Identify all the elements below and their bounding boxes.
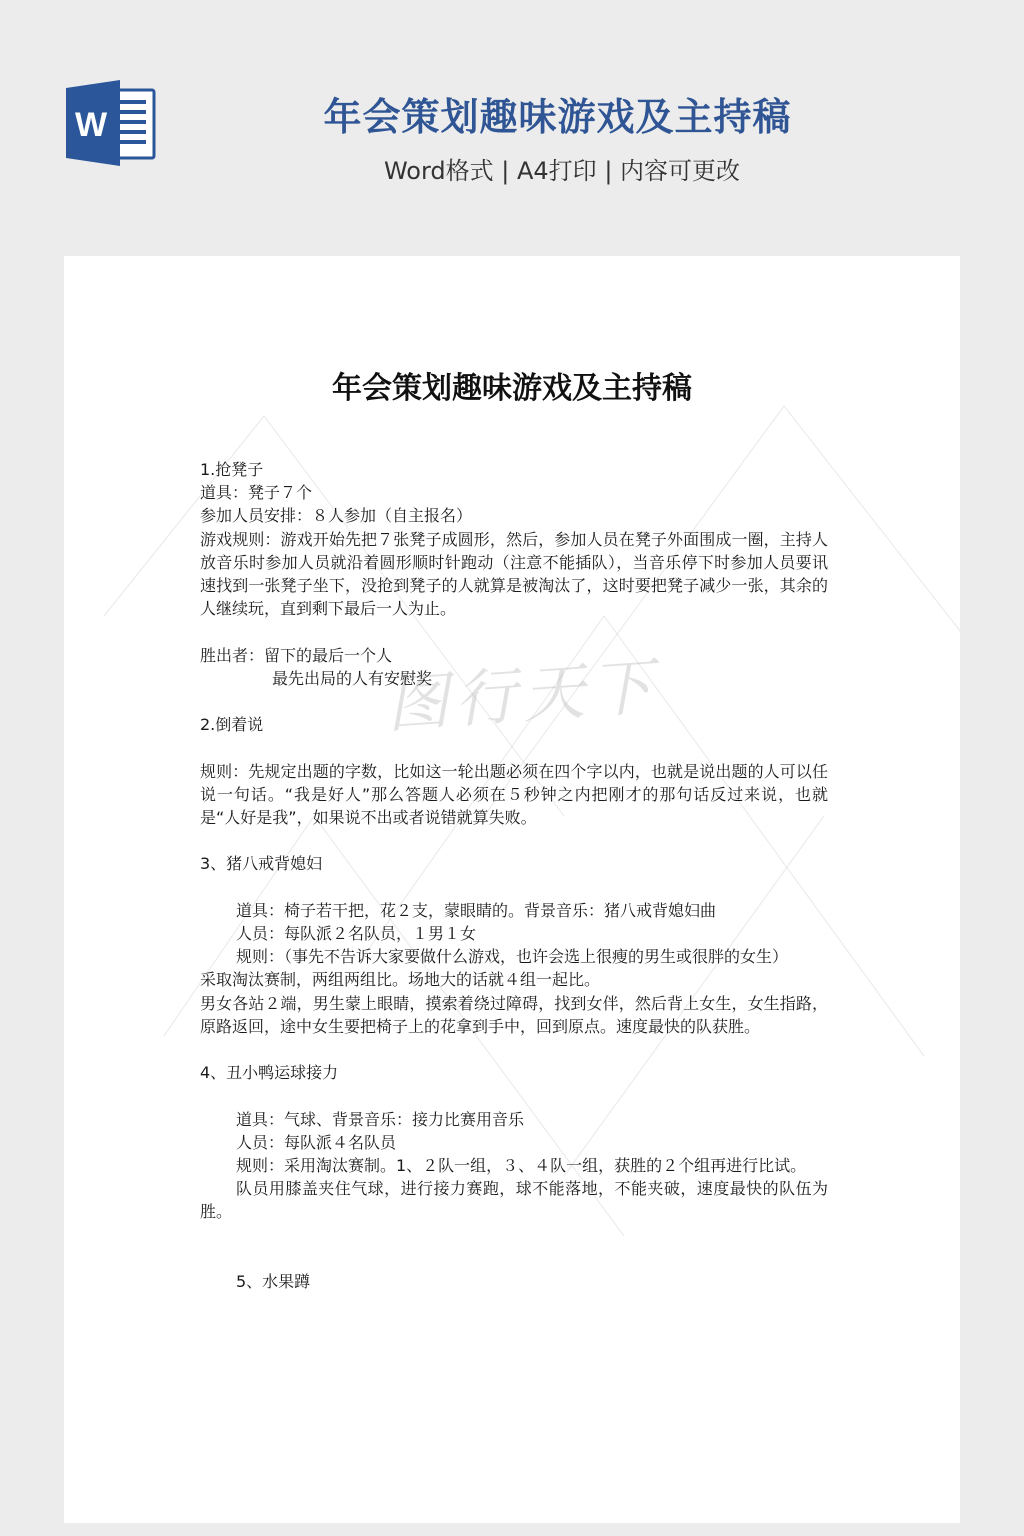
paragraph: 规则：先规定出题的字数，比如这一轮出题必须在四个字以内，也就是说出题的人可以任说… bbox=[200, 760, 828, 830]
header-title: 年会策划趣味游戏及主持稿 bbox=[0, 92, 1024, 142]
section-heading: 3、猪八戒背媳妇 bbox=[200, 852, 828, 875]
paragraph: 游戏规则：游戏开始先把７张凳子成圆形，然后，参加人员在凳子外面围成一圈，主持人放… bbox=[200, 528, 828, 621]
section-heading: 1.抢凳子 bbox=[200, 458, 828, 481]
section-heading: 4、丑小鸭运球接力 bbox=[200, 1061, 828, 1084]
paragraph: 规则：（事先不告诉大家要做什么游戏，也许会选上很瘦的男生或很胖的女生） bbox=[200, 945, 828, 968]
section-heading: 2.倒着说 bbox=[200, 713, 828, 736]
document-page: 图行天下 年会策划趣味游戏及主持稿 1.抢凳子 道具：凳子７个 参加人员安排：８… bbox=[64, 256, 960, 1523]
paragraph: 采取淘汰赛制，两组两组比。场地大的话就４组一起比。 bbox=[200, 968, 828, 991]
winner-extra: 最先出局的人有安慰奖 bbox=[200, 667, 828, 690]
paragraph: 参加人员安排：８人参加（自主报名） bbox=[200, 504, 828, 527]
paragraph: 队员用膝盖夹住气球，进行接力赛跑，球不能落地，不能夹破，速度最快的队伍为胜。 bbox=[200, 1177, 828, 1223]
paragraph: 男女各站２端，男生蒙上眼睛，摸索着绕过障碍，找到女伴，然后背上女生，女生指路，原… bbox=[200, 992, 828, 1038]
paragraph: 道具：气球、背景音乐：接力比赛用音乐 bbox=[200, 1108, 828, 1131]
paragraph: 道具：椅子若干把，花２支，蒙眼睛的。背景音乐：猪八戒背媳妇曲 bbox=[200, 899, 828, 922]
header-subtitle: Word格式 | A4打印 | 内容可更改 bbox=[0, 154, 1024, 188]
paragraph: 规则：采用淘汰赛制。1、２队一组，３、４队一组，获胜的２个组再进行比试。 bbox=[200, 1154, 828, 1177]
section-heading: 5、水果蹲 bbox=[200, 1270, 828, 1293]
document-title: 年会策划趣味游戏及主持稿 bbox=[64, 368, 960, 410]
paragraph: 人员：每队派４名队员 bbox=[200, 1131, 828, 1154]
paragraph: 人员：每队派２名队员，１男１女 bbox=[200, 922, 828, 945]
paragraph: 道具：凳子７个 bbox=[200, 481, 828, 504]
document-body: 1.抢凳子 道具：凳子７个 参加人员安排：８人参加（自主报名） 游戏规则：游戏开… bbox=[200, 458, 828, 1293]
preview-header: W 年会策划趣味游戏及主持稿 Word格式 | A4打印 | 内容可更改 bbox=[0, 0, 1024, 256]
winner-line: 胜出者：留下的最后一个人 bbox=[200, 644, 828, 667]
